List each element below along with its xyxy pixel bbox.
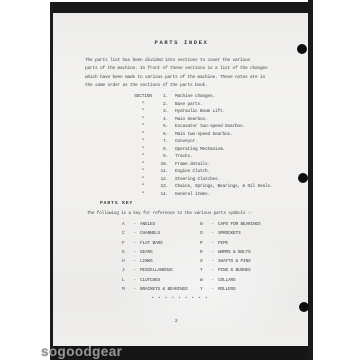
parts-key-symbol: P bbox=[200, 239, 207, 248]
parts-key-row: P - PIPE bbox=[200, 239, 261, 248]
section-row: " 4. Main Gearbox. bbox=[131, 116, 273, 124]
section-prefix: " bbox=[131, 123, 155, 131]
parts-key-description: ROLLERS bbox=[218, 285, 236, 294]
section-row: " 5. Excavator two-speed Gearbox. bbox=[131, 123, 273, 131]
parts-key-symbol: M bbox=[122, 285, 129, 294]
parts-key-row: F - FLAT BARS bbox=[122, 239, 200, 248]
punch-hole-top bbox=[297, 44, 307, 54]
intro-paragraph-line: parts of the machine. In front of these … bbox=[85, 65, 275, 73]
section-description: Conveyor. bbox=[175, 138, 198, 146]
section-number: 5. bbox=[155, 123, 168, 131]
parts-key-description: PINS & BUSHES bbox=[218, 266, 251, 275]
page-left-edge bbox=[50, 2, 53, 360]
page-content: PARTS INDEX The parts list has been divi… bbox=[50, 0, 313, 360]
parts-key-row: L - CLUTCHES bbox=[122, 276, 200, 285]
section-description: Tracks. bbox=[175, 153, 193, 161]
section-number: 1. bbox=[155, 93, 168, 101]
section-description: Hydraulic Boom Lift. bbox=[175, 108, 225, 116]
parts-key-description: LINKS bbox=[140, 257, 153, 266]
scanned-page-photo: PARTS INDEX The parts list has been divi… bbox=[50, 0, 313, 360]
parts-key-row: W - COLLARS bbox=[200, 276, 261, 285]
punch-hole-bottom bbox=[299, 302, 309, 312]
section-row: SECTION 1. Machine changes. bbox=[131, 93, 273, 101]
parts-key-dash: - bbox=[207, 276, 218, 285]
parts-key-description: MISCELLANEOUS bbox=[140, 266, 173, 275]
section-prefix: " bbox=[131, 116, 155, 124]
section-prefix: " bbox=[131, 153, 155, 161]
parts-key-symbol: R bbox=[200, 248, 207, 257]
parts-key-description: CLUTCHES bbox=[140, 276, 160, 285]
parts-key-dash: - bbox=[207, 220, 218, 229]
section-prefix: " bbox=[131, 146, 155, 154]
parts-key-description: PIPE bbox=[218, 239, 228, 248]
section-description: Steering Clutches. bbox=[175, 176, 220, 184]
section-prefix: " bbox=[131, 161, 155, 169]
section-description: Base parts. bbox=[175, 101, 203, 109]
parts-key-symbol: H bbox=[122, 257, 129, 266]
section-row: " 2. Base parts. bbox=[131, 101, 273, 109]
section-prefix: " bbox=[131, 168, 155, 176]
section-row: " 10. Frame details. bbox=[131, 161, 273, 169]
section-prefix: " bbox=[131, 108, 155, 116]
section-number: 12. bbox=[155, 176, 168, 184]
parts-key-description: FLAT BARS bbox=[140, 239, 163, 248]
section-description: Engine Clutch. bbox=[175, 168, 210, 176]
punch-hole-middle bbox=[298, 173, 308, 183]
parts-key-row: G - GEARS bbox=[122, 248, 200, 257]
parts-key-description: SPROCKETS bbox=[218, 229, 241, 238]
parts-key-symbol: Y bbox=[200, 285, 207, 294]
parts-key-row: Y - ROLLERS bbox=[200, 285, 261, 294]
parts-key-dash: - bbox=[129, 285, 140, 294]
parts-key-dash: - bbox=[129, 248, 140, 257]
section-row: " 14. General items. bbox=[131, 191, 273, 199]
parts-key-heading: PARTS KEY bbox=[100, 201, 133, 206]
section-number: 11. bbox=[155, 168, 168, 176]
parts-key-symbol: W bbox=[200, 276, 207, 285]
parts-key-dash: - bbox=[207, 229, 218, 238]
section-number: 6. bbox=[155, 131, 168, 139]
parts-key-symbol: G bbox=[122, 248, 129, 257]
parts-key-columns: A - ANGLES C - CHANNELS F - FLAT BARS bbox=[122, 220, 261, 294]
parts-key-description: ANGLES bbox=[140, 220, 155, 229]
parts-key-dash: - bbox=[207, 266, 218, 275]
section-number: 3. bbox=[155, 108, 168, 116]
section-row: " 6. Main two-speed Gearbox. bbox=[131, 131, 273, 139]
parts-key-row: O - SPROCKETS bbox=[200, 229, 261, 238]
parts-key-row: S - SHAFTS & PINS bbox=[200, 257, 261, 266]
parts-key-dash: - bbox=[129, 266, 140, 275]
parts-key-symbol: L bbox=[122, 276, 129, 285]
intro-paragraph-line: the same order as the sections of the pa… bbox=[85, 82, 275, 90]
parts-key-description: COLLARS bbox=[218, 276, 236, 285]
parts-key-symbol: C bbox=[122, 229, 129, 238]
section-prefix: " bbox=[131, 101, 155, 109]
section-number: 2. bbox=[155, 101, 168, 109]
parts-key-dash: - bbox=[207, 239, 218, 248]
section-description: Main two-speed Gearbox. bbox=[175, 131, 233, 139]
photo-top-border bbox=[50, 2, 313, 13]
parts-key-symbol: A bbox=[122, 220, 129, 229]
section-description: Machine changes. bbox=[175, 93, 215, 101]
section-description: General items. bbox=[175, 191, 210, 199]
section-description: Frame details. bbox=[175, 161, 210, 169]
watermark-text: sogoodgear bbox=[41, 344, 122, 359]
section-number: 9. bbox=[155, 153, 168, 161]
section-row: " 9. Tracks. bbox=[131, 153, 273, 161]
parts-key-symbol: O bbox=[200, 229, 207, 238]
section-prefix: SECTION bbox=[131, 93, 155, 101]
section-prefix: " bbox=[131, 191, 155, 199]
parts-key-intro: The following is a key for reference to … bbox=[87, 211, 253, 216]
section-number: 4. bbox=[155, 116, 168, 124]
section-row: " 13. Chains, Springs, Bearings, & Oil S… bbox=[131, 183, 273, 191]
section-row: " 7. Conveyor. bbox=[131, 138, 273, 146]
section-prefix: " bbox=[131, 183, 155, 191]
section-row: " 8. Operating Mechanism. bbox=[131, 146, 273, 154]
parts-key-row: C - CHANNELS bbox=[122, 229, 200, 238]
parts-key-dash: - bbox=[207, 257, 218, 266]
intro-paragraph-line: The parts list has been divided into sec… bbox=[85, 57, 275, 65]
section-row: " 12. Steering Clutches. bbox=[131, 176, 273, 184]
section-description: Operating Mechanism. bbox=[175, 146, 225, 154]
parts-key-row: N - CAPS FOR BEARINGS bbox=[200, 220, 261, 229]
section-number: 10. bbox=[155, 161, 168, 169]
parts-key-symbol: T bbox=[200, 266, 207, 275]
parts-key-row: R - WORMS & BOLTS bbox=[200, 248, 261, 257]
parts-key-symbol: S bbox=[200, 257, 207, 266]
parts-key-row: A - ANGLES bbox=[122, 220, 200, 229]
section-prefix: " bbox=[131, 176, 155, 184]
parts-key-dash: - bbox=[207, 285, 218, 294]
section-description: Excavator two-speed Gearbox. bbox=[175, 123, 245, 131]
parts-key-symbol: J bbox=[122, 266, 129, 275]
parts-key-description: CAPS FOR BEARINGS bbox=[218, 220, 261, 229]
parts-key-description: GEARS bbox=[140, 248, 153, 257]
page-number: 2 bbox=[50, 319, 302, 324]
section-number: 7. bbox=[155, 138, 168, 146]
section-prefix: " bbox=[131, 138, 155, 146]
parts-key-description: SHAFTS & PINS bbox=[218, 257, 251, 266]
parts-key-dash: - bbox=[129, 229, 140, 238]
section-prefix: " bbox=[131, 131, 155, 139]
parts-key-dash: - bbox=[207, 248, 218, 257]
asterisk-separator: ********* bbox=[50, 297, 313, 302]
section-description: Chains, Springs, Bearings, & Oil Seals. bbox=[175, 183, 273, 191]
parts-key-row: M - BRACKETS & BEARINGS bbox=[122, 285, 200, 294]
intro-paragraph-line: which have been made to various parts of… bbox=[85, 74, 275, 82]
parts-key-description: WORMS & BOLTS bbox=[218, 248, 251, 257]
section-description: Main Gearbox. bbox=[175, 116, 208, 124]
section-number: 8. bbox=[155, 146, 168, 154]
intro-paragraph: The parts list has been divided into sec… bbox=[85, 57, 275, 91]
parts-key-description: BRACKETS & BEARINGS bbox=[140, 285, 188, 294]
section-row: " 3. Hydraulic Boom Lift. bbox=[131, 108, 273, 116]
parts-key-row: H - LINKS bbox=[122, 257, 200, 266]
parts-key-symbol: F bbox=[122, 239, 129, 248]
parts-key-left-column: A - ANGLES C - CHANNELS F - FLAT BARS bbox=[122, 220, 200, 294]
section-index-list: SECTION 1. Machine changes. " 2. Base pa… bbox=[131, 93, 273, 198]
parts-key-symbol: N bbox=[200, 220, 207, 229]
parts-key-dash: - bbox=[129, 276, 140, 285]
section-row: " 11. Engine Clutch. bbox=[131, 168, 273, 176]
parts-key-row: J - MISCELLANEOUS bbox=[122, 266, 200, 275]
parts-key-description: CHANNELS bbox=[140, 229, 160, 238]
parts-key-right-column: N - CAPS FOR BEARINGS O - SPROCKETS P - … bbox=[200, 220, 261, 294]
page-title: PARTS INDEX bbox=[50, 39, 313, 46]
parts-key-dash: - bbox=[129, 220, 140, 229]
parts-key-dash: - bbox=[129, 239, 140, 248]
parts-key-dash: - bbox=[129, 257, 140, 266]
section-number: 14. bbox=[155, 191, 168, 199]
section-number: 13. bbox=[155, 183, 168, 191]
parts-key-row: T - PINS & BUSHES bbox=[200, 266, 261, 275]
